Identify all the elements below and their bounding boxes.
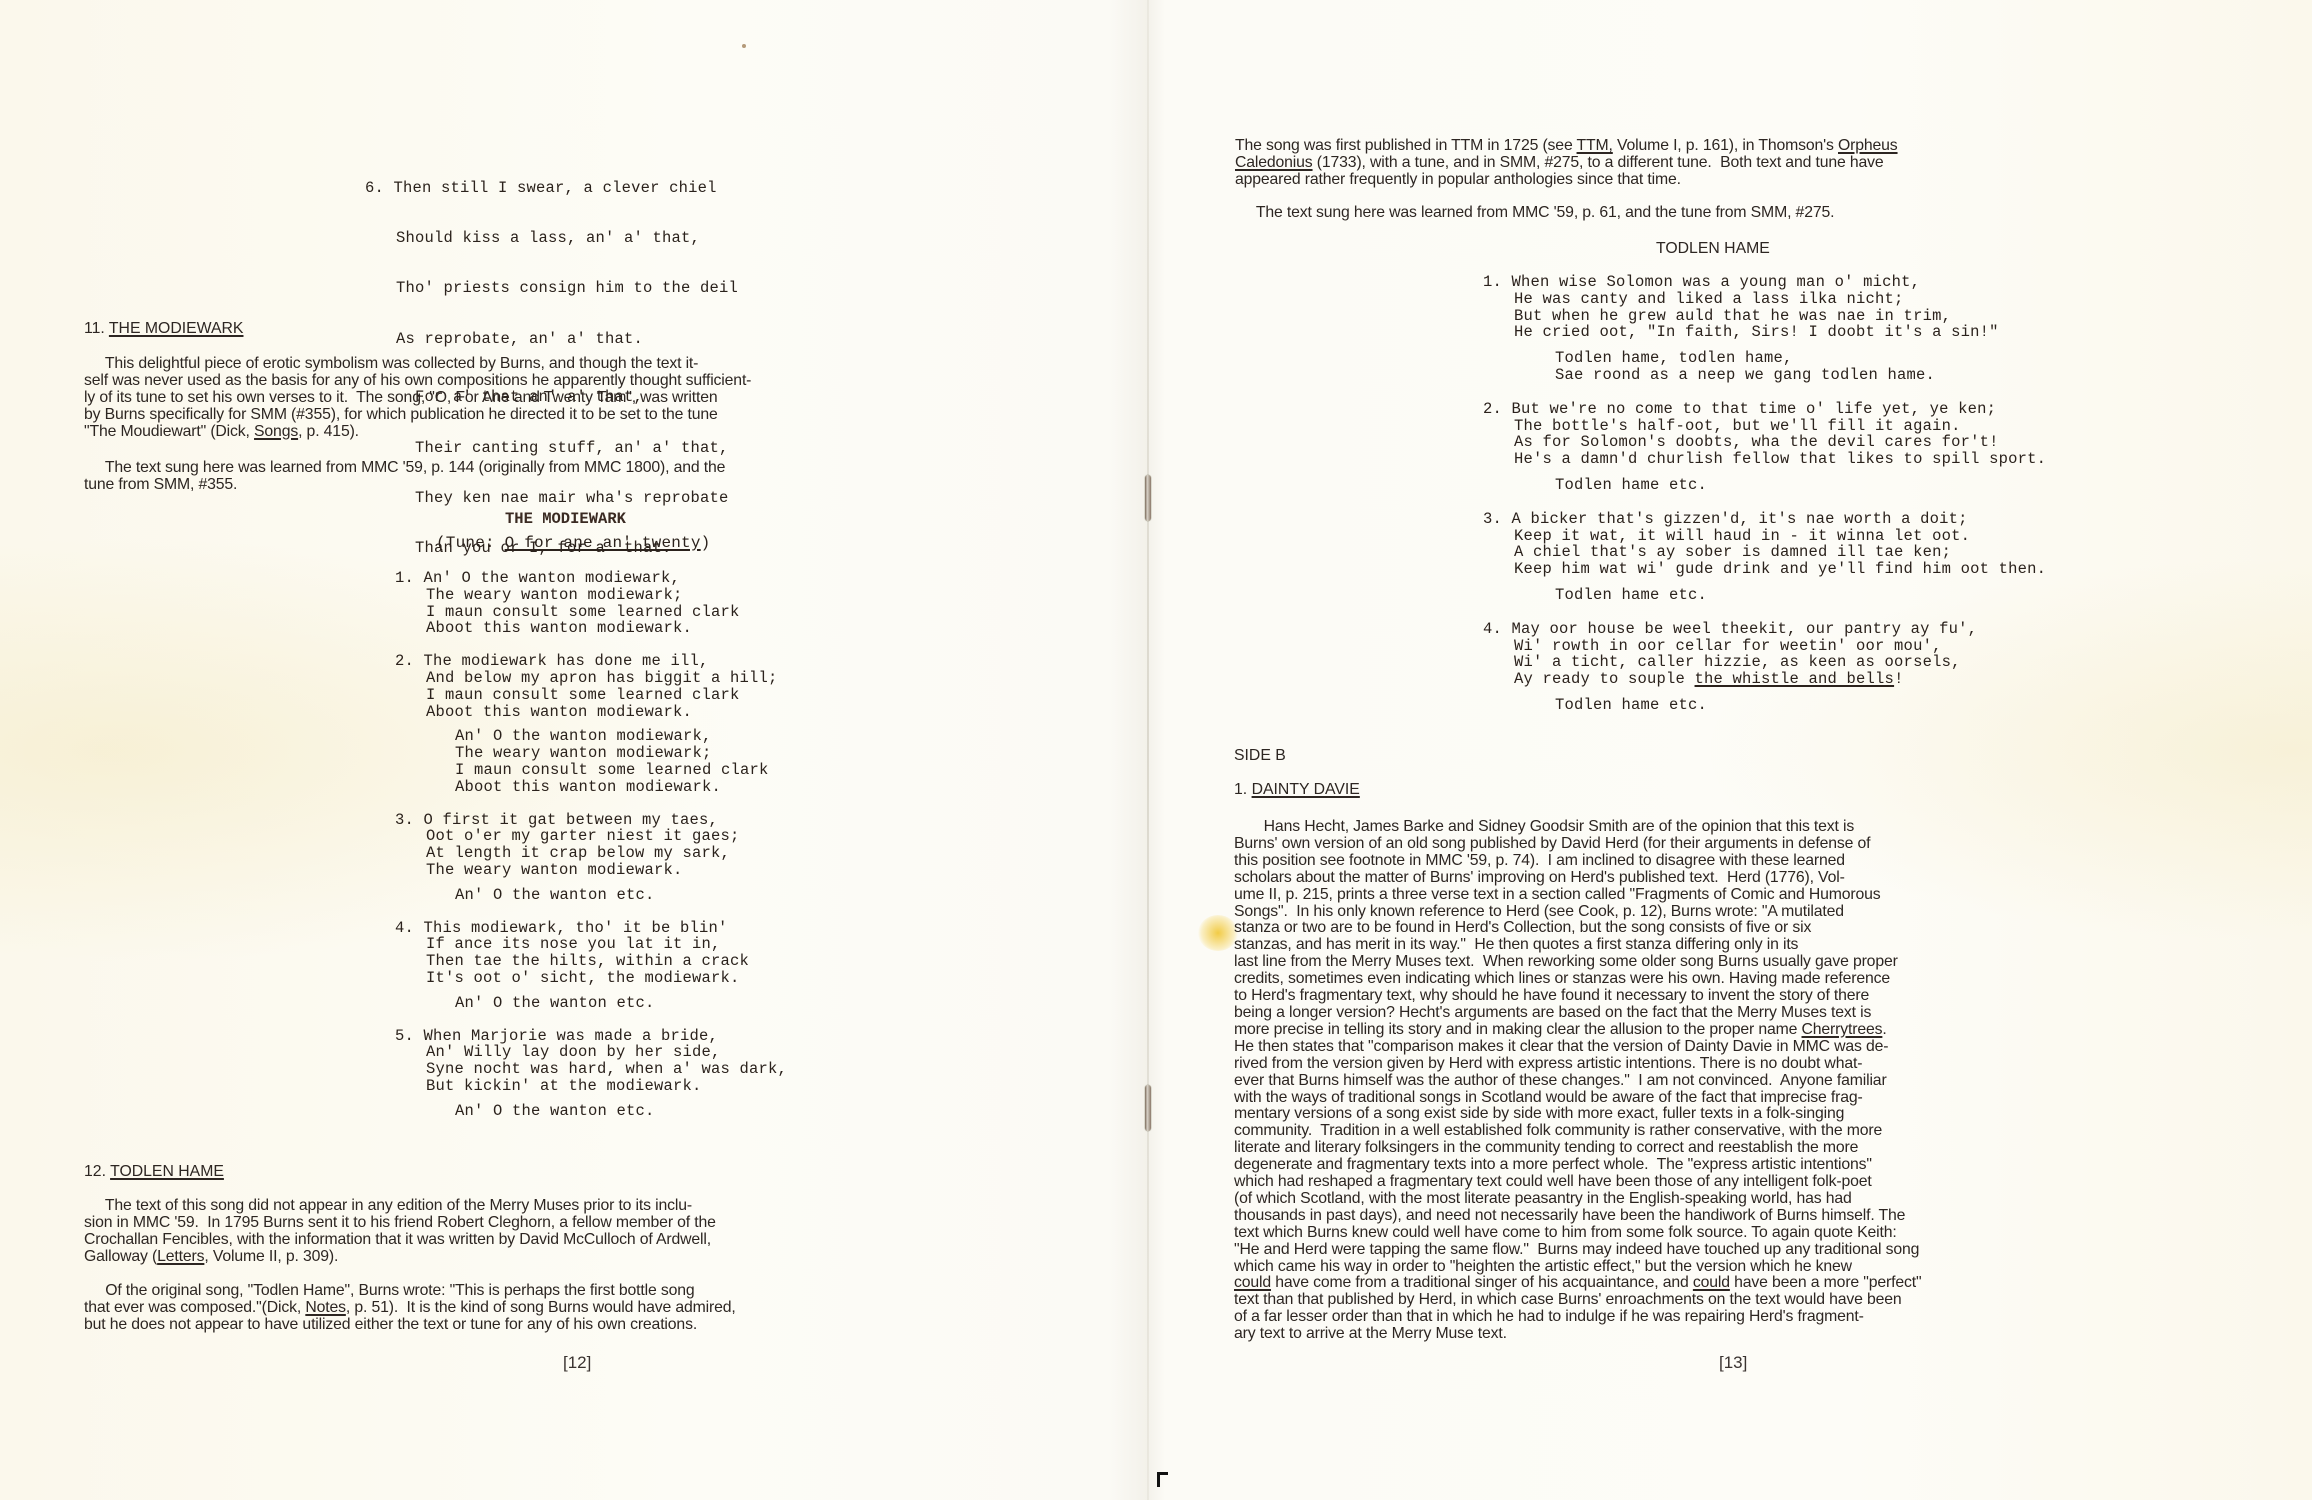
stanza-line: Aboot this wanton modiewark.	[395, 620, 787, 637]
stanza-line: An' Willy lay doon by her side,	[395, 1044, 787, 1061]
stanza-number: 3.	[395, 811, 424, 829]
text-line: of a far lesser order than that in which…	[1234, 1309, 1921, 1326]
chorus-line: Todlen hame, todlen hame,	[1483, 350, 2046, 367]
underlined-title: Notes	[305, 1299, 346, 1316]
text-line: to Herd's fragmentary text, why should h…	[1234, 988, 1921, 1005]
underlined-title: Caledonius	[1235, 154, 1313, 171]
dainty-davie-paragraph: Hans Hecht, James Barke and Sidney Goods…	[1234, 819, 1921, 1343]
song-title: THE MODIEWARK	[505, 510, 626, 528]
stanza: 4. This modiewark, tho' it be blin'If an…	[395, 920, 787, 1012]
stanza-line: 4. May oor house be weel theekit, our pa…	[1483, 621, 2046, 638]
stanza: 2. But we're no come to that time o' lif…	[1483, 401, 2046, 494]
text-line: The text of this song did not appear in …	[84, 1198, 716, 1215]
stanza-line: The bottle's half-oot, but we'll fill it…	[1483, 418, 2046, 435]
text-line: The text sung here was learned from MMC …	[84, 460, 725, 477]
stanza-line: 3. A bicker that's gizzen'd, it's nae wo…	[1483, 511, 2046, 528]
stanza-line: I maun consult some learned clark	[395, 687, 787, 704]
underlined-title: Letters	[157, 1248, 204, 1265]
text-line: This delightful piece of erotic symbolis…	[84, 356, 751, 373]
section-title: DAINTY DAVIE	[1252, 781, 1360, 798]
text-line: sion in MMC '59. In 1795 Burns sent it t…	[84, 1215, 716, 1232]
todlen-source-paragraph: The text sung here was learned from MMC …	[1235, 205, 1834, 222]
chorus-line: Todlen hame etc.	[1483, 697, 2046, 714]
underlined-title: could	[1693, 1274, 1730, 1291]
stanza-line: 2. The modiewark has done me ill,	[395, 653, 787, 670]
chorus-line: An' O the wanton etc.	[395, 887, 787, 904]
text-line: text which Burns knew could well have co…	[1234, 1225, 1921, 1242]
text-line: "The Moudiewart" (Dick, Songs, p. 415).	[84, 424, 751, 441]
text-line: that ever was composed."(Dick, Notes, p.…	[84, 1300, 736, 1317]
text-line: He then states that "comparison makes it…	[1234, 1039, 1921, 1056]
stanza-line: Keep it wat, it will haud in - it winna …	[1483, 528, 2046, 545]
text-line: by Burns specifically for SMM (#355), fo…	[84, 407, 751, 424]
stanza-line: He cried oot, "In faith, Sirs! I doobt i…	[1483, 324, 2046, 341]
text-line: last line from the Merry Muses text. Whe…	[1234, 954, 1921, 971]
underlined-title: could	[1234, 1274, 1271, 1291]
chorus-line: I maun consult some learned clark	[395, 762, 787, 779]
page-number: [12]	[563, 1353, 591, 1373]
chorus-line: An' O the wanton etc.	[395, 995, 787, 1012]
stanza-line: He was canty and liked a lass ilka nicht…	[1483, 291, 2046, 308]
song-title: TODLEN HAME	[1656, 240, 1770, 258]
stanza: 1. An' O the wanton modiewark,The weary …	[395, 570, 787, 637]
stanza-line: If ance its nose you lat it in,	[395, 936, 787, 953]
text-line: text than that published by Herd, in whi…	[1234, 1292, 1921, 1309]
chorus-line: Aboot this wanton modiewark.	[395, 779, 787, 796]
text-line: Burns' own version of an old song publis…	[1234, 836, 1921, 853]
stanza: 2. The modiewark has done me ill,And bel…	[395, 653, 787, 795]
stanza-line: 5. When Marjorie was made a bride,	[395, 1028, 787, 1045]
text-line: this position see footnote in MMC '59, p…	[1234, 853, 1921, 870]
underlined-title: TTM,	[1577, 137, 1613, 154]
underlined-title: Songs	[254, 423, 298, 440]
text-line: ary text to arrive at the Merry Muse tex…	[1234, 1326, 1921, 1343]
underlined-title: Orpheus	[1838, 137, 1898, 154]
stanza-line: Keep him wat wi' gude drink and ye'll fi…	[1483, 561, 2046, 578]
section-number: 1.	[1234, 781, 1247, 798]
stanza-number: 1.	[395, 569, 424, 587]
chorus-line: Todlen hame etc.	[1483, 587, 2046, 604]
stanza-line: Wi' rowth in oor cellar for weetin' oor …	[1483, 638, 2046, 655]
underlined-title: Cherrytrees	[1802, 1021, 1883, 1038]
stanza-number: 4.	[395, 919, 424, 937]
section-title: TODLEN HAME	[110, 1163, 224, 1180]
text-line: literate and literary folksingers in the…	[1234, 1140, 1921, 1157]
stanza-line: Ay ready to souple the whistle and bells…	[1483, 671, 2046, 688]
tune-name: O for ane an' twenty	[505, 534, 701, 552]
section-number: 12.	[84, 1163, 106, 1180]
stanza-number: 1.	[1483, 273, 1512, 291]
text-line: The song was first published in TTM in 1…	[1235, 138, 1898, 155]
stanza-number: 6.	[365, 179, 384, 197]
tune-suffix: )	[701, 534, 711, 552]
text-line: self was never used as the basis for any…	[84, 373, 751, 390]
stanza: 5. When Marjorie was made a bride,An' Wi…	[395, 1028, 787, 1120]
section-number: 11.	[84, 320, 105, 337]
text-line: credits, sometimes even indicating which…	[1234, 971, 1921, 988]
text-line: The text sung here was learned from MMC …	[1235, 205, 1834, 222]
text-line: Caledonius (1733), with a tune, and in S…	[1235, 155, 1898, 172]
text-line: could have come from a traditional singe…	[1234, 1275, 1921, 1292]
stanza: 1. When wise Solomon was a young man o' …	[1483, 274, 2046, 384]
text-line: being a longer version? Hecht's argument…	[1234, 1005, 1921, 1022]
stanza-number: 5.	[395, 1027, 424, 1045]
stanza-line: Then still I swear, a clever chiel	[394, 179, 717, 197]
section-11-paragraph-2: The text sung here was learned from MMC …	[84, 460, 725, 494]
stanza-line: 4. This modiewark, tho' it be blin'	[395, 920, 787, 937]
text-line: more precise in telling its story and in…	[1234, 1022, 1921, 1039]
stanza-line: The weary wanton modiewark;	[395, 587, 787, 604]
right-page: The song was first published in TTM in 1…	[1148, 0, 2312, 1500]
stanza-line: It's oot o' sicht, the modiewark.	[395, 970, 787, 987]
text-line: mentary versions of a song exist side by…	[1234, 1106, 1921, 1123]
stanza-line: Aboot this wanton modiewark.	[395, 704, 787, 721]
text-line: tune from SMM, #355.	[84, 477, 725, 494]
side-label: SIDE B	[1234, 747, 1286, 765]
stanza-number: 2.	[1483, 400, 1512, 418]
text-line: scholars about the matter of Burns' impr…	[1234, 870, 1921, 887]
chorus-line: Todlen hame etc.	[1483, 477, 2046, 494]
section-11-paragraph-1: This delightful piece of erotic symbolis…	[84, 356, 751, 441]
text-line: but he does not appear to have utilized …	[84, 1317, 736, 1334]
text-line: ume II, p. 215, prints a three verse tex…	[1234, 887, 1921, 904]
stanza-line: But when he grew auld that he was nae in…	[1483, 308, 2046, 325]
text-line: Songs". In his only known reference to H…	[1234, 904, 1921, 921]
text-line: Galloway (Letters, Volume II, p. 309).	[84, 1249, 716, 1266]
stanza-line: Syne nocht was hard, when a' was dark,	[395, 1061, 787, 1078]
text-line: stanza or two are to be found in Herd's …	[1234, 920, 1921, 937]
tune-line: (Tune: O for ane an' twenty)	[436, 535, 710, 552]
stanza-line: Oot o'er my garter niest it gaes;	[395, 828, 787, 845]
text-line: Of the original song, "Todlen Hame", Bur…	[84, 1283, 736, 1300]
tune-prefix: (Tune:	[436, 534, 505, 552]
stanza-line: And below my apron has biggit a hill;	[395, 670, 787, 687]
stanza-line: A chiel that's ay sober is damned ill ta…	[1483, 544, 2046, 561]
stanza-line: But kickin' at the modiewark.	[395, 1078, 787, 1095]
text-line: thousands in past days), and need not ne…	[1234, 1208, 1921, 1225]
section-12-paragraph-1: The text of this song did not appear in …	[84, 1198, 716, 1266]
stanza-line: Then tae the hilts, within a crack	[395, 953, 787, 970]
side-b-section-1-heading: 1. DAINTY DAVIE	[1234, 781, 1360, 799]
chorus-line: Their canting stuff, an' a' that,	[365, 440, 738, 457]
left-page: 6. Then still I swear, a clever chiel Sh…	[0, 0, 1148, 1500]
chorus-line: An' O the wanton etc.	[395, 1103, 787, 1120]
text-line: appeared rather frequently in popular an…	[1235, 172, 1898, 189]
stanza-line: 3. O first it gat between my taes,	[395, 812, 787, 829]
stanza-number: 3.	[1483, 510, 1512, 528]
stanza-line: I maun consult some learned clark	[395, 604, 787, 621]
chorus-line: The weary wanton modiewark;	[395, 745, 787, 762]
text-line: ever that Burns himself was the author o…	[1234, 1073, 1921, 1090]
text-line: which came his way in order to "heighten…	[1234, 1259, 1921, 1276]
stanza: 3. O first it gat between my taes,Oot o'…	[395, 812, 787, 904]
todlen-stanzas: 1. When wise Solomon was a young man o' …	[1483, 274, 2046, 714]
stanza-line: Wi' a ticht, caller hizzie, as keen as o…	[1483, 654, 2046, 671]
stanza-number: 2.	[395, 652, 424, 670]
stanza-line: Tho' priests consign him to the deil	[365, 280, 738, 297]
stanza-line: 2. But we're no come to that time o' lif…	[1483, 401, 2046, 418]
stanza: 3. A bicker that's gizzen'd, it's nae wo…	[1483, 511, 2046, 604]
chorus-line: Sae roond as a neep we gang todlen hame.	[1483, 367, 2046, 384]
stanza-line: 1. An' O the wanton modiewark,	[395, 570, 787, 587]
text-line: Crochallan Fencibles, with the informati…	[84, 1232, 716, 1249]
section-11-heading: 11. THE MODIEWARK	[84, 320, 243, 338]
stanza-line: As for Solomon's doobts, wha the devil c…	[1483, 434, 2046, 451]
modiewark-stanzas: 1. An' O the wanton modiewark,The weary …	[395, 570, 787, 1120]
page-number: [13]	[1719, 1353, 1747, 1373]
stanza-line: He's a damn'd churlish fellow that likes…	[1483, 451, 2046, 468]
text-line: rived from the version given by Herd wit…	[1234, 1056, 1921, 1073]
todlen-intro-paragraph: The song was first published in TTM in 1…	[1235, 138, 1898, 189]
stanza-line: 1. When wise Solomon was a young man o' …	[1483, 274, 2046, 291]
text-line: community. Tradition in a well establish…	[1234, 1123, 1921, 1140]
stanza-line: The weary wanton modiewark.	[395, 862, 787, 879]
underlined-title: the whistle and bells	[1695, 670, 1895, 688]
text-line: degenerate and fragmentary texts into a …	[1234, 1157, 1921, 1174]
stanza-number: 4.	[1483, 620, 1512, 638]
stanza-line: As reprobate, an' a' that.	[365, 331, 738, 348]
chorus-line: An' O the wanton modiewark,	[395, 728, 787, 745]
text-line: with the ways of traditional songs in Sc…	[1234, 1090, 1921, 1107]
text-line: stanzas, and has merit in its way." He t…	[1234, 937, 1921, 954]
text-line: (of which Scotland, with the most litera…	[1234, 1191, 1921, 1208]
text-line: Hans Hecht, James Barke and Sidney Goods…	[1234, 819, 1921, 836]
section-title: THE MODIEWARK	[109, 320, 244, 337]
section-12-heading: 12. TODLEN HAME	[84, 1163, 224, 1181]
text-line: "He and Herd were tapping the same flow.…	[1234, 1242, 1921, 1259]
section-12-paragraph-2: Of the original song, "Todlen Hame", Bur…	[84, 1283, 736, 1334]
stanza-line: At length it crap below my sark,	[395, 845, 787, 862]
text-line: ly of its tune to set his own verses to …	[84, 390, 751, 407]
text-line: which had reshaped a fragmentary text co…	[1234, 1174, 1921, 1191]
stanza-line: Should kiss a lass, an' a' that,	[365, 230, 738, 247]
stanza: 4. May oor house be weel theekit, our pa…	[1483, 621, 2046, 714]
